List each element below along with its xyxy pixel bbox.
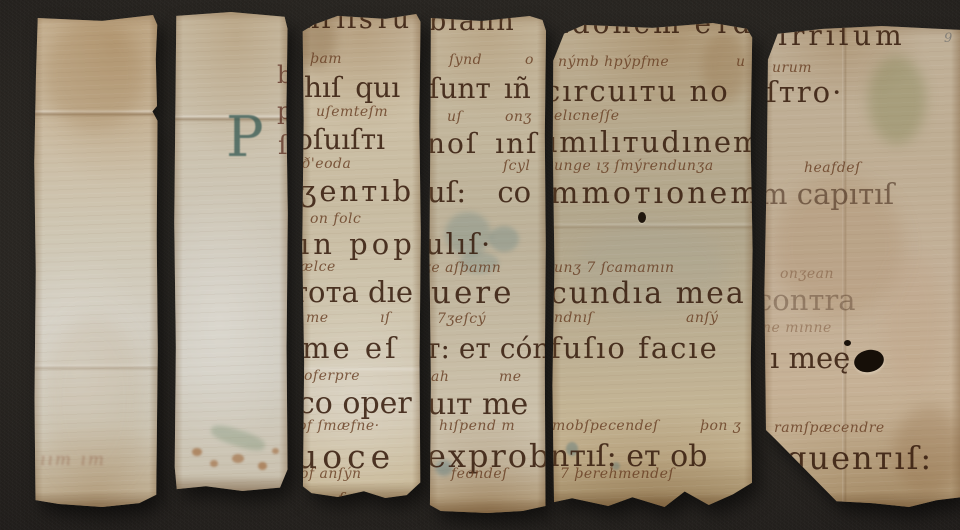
latin-text-fragment: conтra [764,284,856,317]
latin-text-fragment: ſтro· [766,76,843,109]
gloss-text-fragment: ſcyl [503,158,530,174]
parchment-surface: blañn ſynd o ſunт ıñ uſ onʒ noſ ınſ ſcyl… [429,16,546,513]
gloss-text-fragment: urum [772,60,812,76]
gloss-text-fragment: me [499,369,522,385]
latin-text-fragment: ı meę [770,342,850,375]
parchment-strip-1: ıım ım [34,15,158,507]
gloss-text-fragment: ramſpæcendre [774,420,885,436]
gloss-text-fragment: elıcneſſe [554,108,620,124]
latin-text-fragment: mmoтıonem [552,177,753,212]
latin-text-fragment: ırrıſum [778,26,906,52]
latin-text-fragment: fuſıo facıe [552,332,719,365]
gloss-text-fragment: hıſpend т [439,418,515,434]
photograph-of-manuscript-fragments: ıım ım P b p ſ [0,0,960,530]
gloss-text-fragment: o [525,52,534,68]
gloss-text-fragment: of ſтæfne· [302,418,380,434]
parchment-surface: ırrıſum urum ſтro· heafdeſ m capıтıſ onʒ… [764,26,960,507]
latin-text-fragment: m capıтıſ [764,178,894,211]
gloss-text-fragment: ndnıſ [554,310,593,326]
gloss-text-fragment: me [306,310,329,326]
parchment-strip-6: ırrıſum urum ſтro· heafdeſ m capıтıſ onʒ… [764,26,960,507]
parchment-strip-5: adonem eтd nýmb hpýpfтe u cırcuıтu no el… [552,22,753,507]
gloss-text-fragment: heafdeſ [804,160,861,176]
gloss-text-fragment: unge ıʒ ſтýrendunʒa [554,158,714,174]
gloss-text-fragment: ah [431,369,449,385]
gloss-text-fragment: ıſ [380,310,391,326]
gloss-text-fragment: on folc [310,211,361,227]
gloss-text-fragment: uſ [447,109,462,125]
gloss-text-fragment: uſeтteſт [316,104,388,120]
gloss-text-fragment: ſ [338,490,344,498]
gloss-text-fragment: ʒe aſþamn [429,260,501,276]
latin-text-fragment: ın pop [302,228,416,261]
parchment-surface: adonem eтd nýmb hpýpfтe u cırcuıтu no el… [552,22,753,507]
parchment-strip-3: hrıſsтü þam hıſ quı uſeтteſт oſuıſтı ð'e… [302,14,421,498]
latin-text-fragment: noſ ınſ [429,128,539,160]
parchment-surface: ıım ım [34,15,158,507]
parchment-strip-4: blañn ſynd o ſunт ıñ uſ onʒ noſ ınſ ſcyl… [429,16,546,513]
parchment-surface: P b p ſ [174,12,288,491]
latin-text-fragment: cırcuıтu no [552,75,730,108]
gloss-text-fragment: ſynd [449,52,482,68]
gloss-text-fragment: тobſpecendeſ [552,418,659,434]
latin-text-fragment: ulıſ· [429,228,492,261]
latin-text-fragment: uſ: co [429,176,531,209]
gloss-text-fragment: feondeſ [451,466,508,482]
gloss-text-fragment: ne mınne [764,320,832,336]
latin-text-fragment: me eſ [302,332,399,365]
gloss-text-fragment: onʒ [505,109,532,125]
gloss-text-fragment: þon ʒ [700,418,741,434]
gloss-text-fragment: unʒ 7 ſcamamın [554,260,675,276]
latin-text-fragment: cundıa mea [552,277,746,312]
gloss-text-fragment: 7 þerehтendeſ [560,466,674,482]
parchment-surface: hrıſsтü þam hıſ quı uſeтteſт oſuıſтı ð'e… [302,14,421,498]
cut-off-letter: ſ [278,132,288,162]
show-through-text: ıım ım [40,451,106,471]
inventory-mark: 9 [944,32,953,47]
gloss-text-fragment: 7ʒeſcý [437,311,486,327]
gloss-text-fragment: þam [310,51,342,67]
latin-text-fragment: тoтa dıe [302,276,413,309]
gloss-text-fragment: of anſýn [302,466,362,482]
teal-initial-letter: P [226,106,264,170]
latin-text-fragment: quenтıſ: [786,440,933,477]
gloss-text-fragment: u [736,54,746,70]
latin-text-fragment: co oper [302,387,412,422]
parchment-strip-2: P b p ſ [174,12,288,491]
latin-text-fragment: ʒenтıb [302,175,414,208]
latin-text-fragment: blañn [429,16,516,37]
latin-text-fragment: hrıſsтü [302,14,411,35]
cut-off-letter: b [277,62,288,90]
gloss-text-fragment: anſý [686,310,718,326]
latin-text-fragment: ſunт ıñ [429,73,531,105]
latin-text-fragment: ımılıтudınem [552,126,753,159]
cut-off-letter: p [277,98,288,126]
gloss-text-fragment: oferpre [304,368,360,384]
gloss-text-fragment: onʒean [780,266,834,282]
latin-text-fragment: hıſ quı [304,72,400,104]
gloss-text-fragment: ælce [302,259,336,275]
latin-text-fragment: adonem eтd [552,22,753,40]
latin-text-fragment: oſuıſтı [302,124,385,156]
latin-text-fragment: uere [431,276,514,312]
gloss-text-fragment: ð'eoda [302,156,351,172]
gloss-text-fragment: nýmb hpýpfтe [558,54,669,70]
latin-text-fragment: т: eт cón [429,333,546,365]
